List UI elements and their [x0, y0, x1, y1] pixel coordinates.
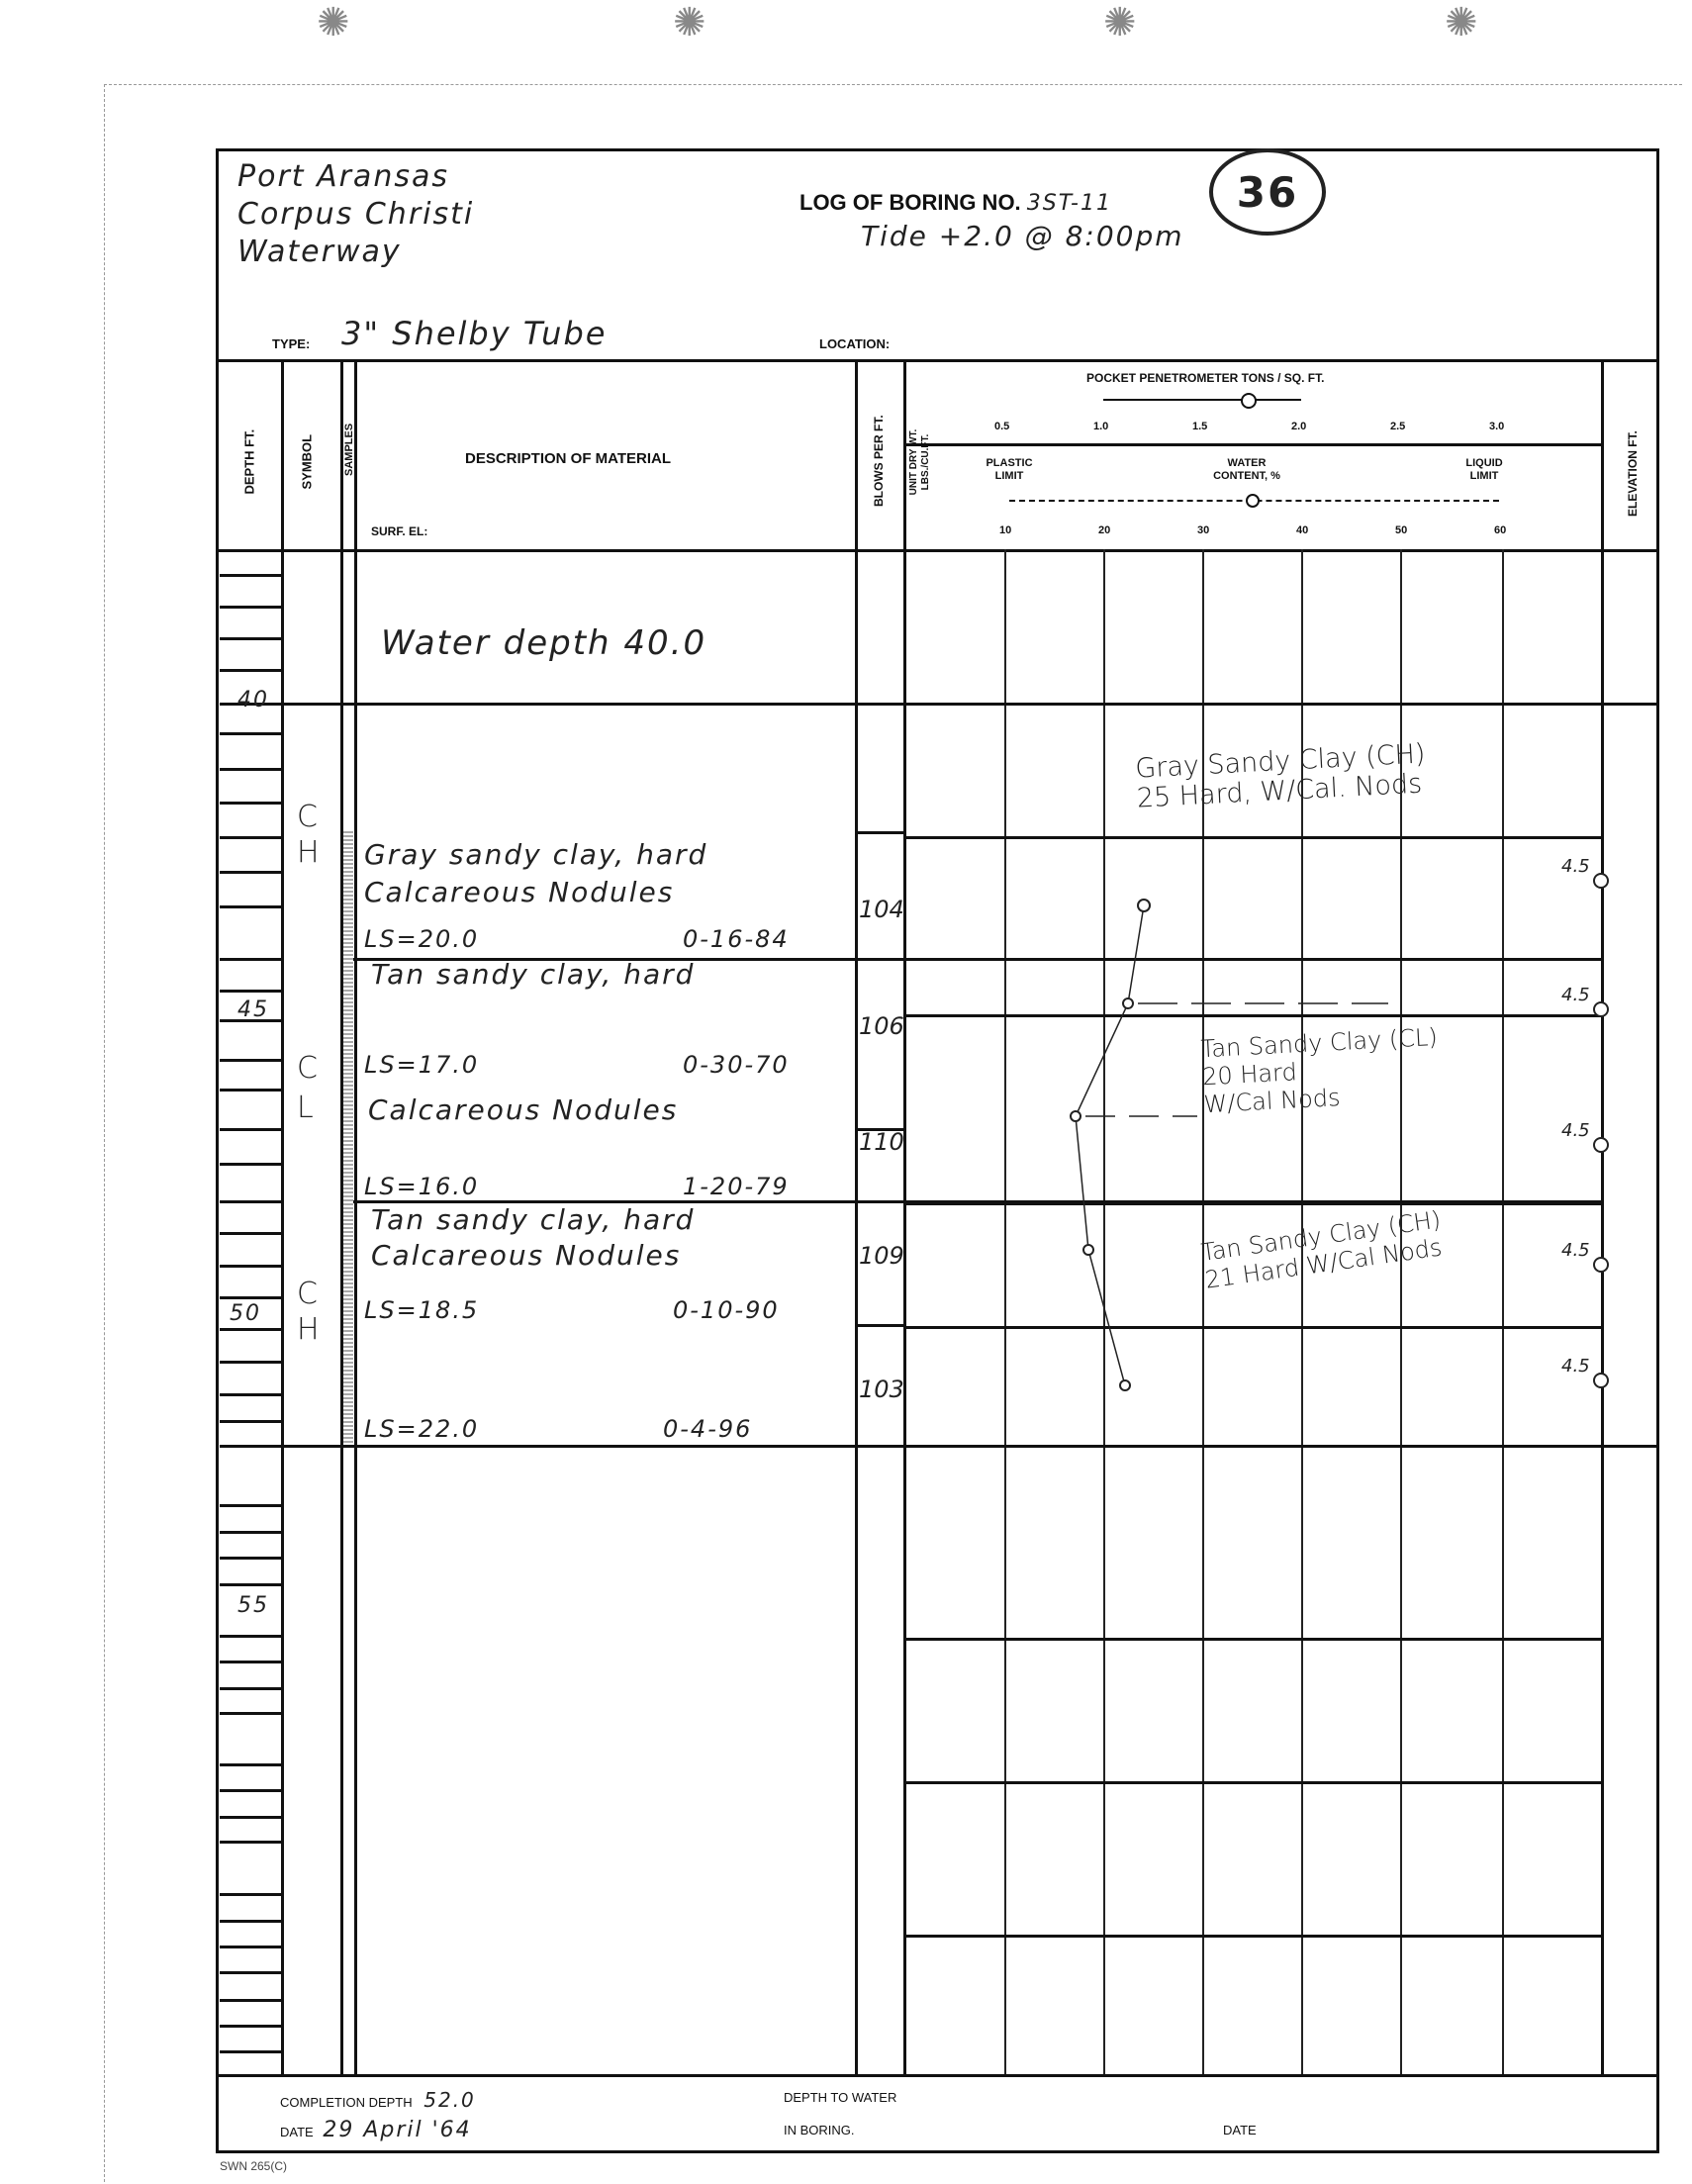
date-value: 29 April '64 — [323, 2118, 471, 2142]
penetrometer-value: 4.5 — [1561, 985, 1590, 1005]
in-boring-label: IN BORING. — [784, 2123, 855, 2137]
penetrometer-value: 4.5 — [1561, 1356, 1590, 1377]
completion-depth: COMPLETION DEPTH 52.0 — [280, 2088, 476, 2112]
plot-note: Tan Sandy Clay (CL) 20 Hard W/Cal Nods — [1200, 1023, 1441, 1118]
depth-to-water-label: DEPTH TO WATER — [784, 2090, 896, 2105]
penetrometer-value: 4.5 — [1561, 1120, 1590, 1141]
date2-label: DATE — [1223, 2123, 1257, 2137]
form-number: SWN 265(C) — [220, 2159, 287, 2173]
penetrometer-value: 4.5 — [1561, 856, 1590, 877]
penetrometer-value: 4.5 — [1561, 1240, 1590, 1261]
log-date: DATE 29 April '64 — [280, 2118, 472, 2142]
date-label: DATE — [280, 2125, 314, 2139]
completion-value: 52.0 — [423, 2088, 476, 2112]
completion-label: COMPLETION DEPTH — [280, 2095, 413, 2110]
